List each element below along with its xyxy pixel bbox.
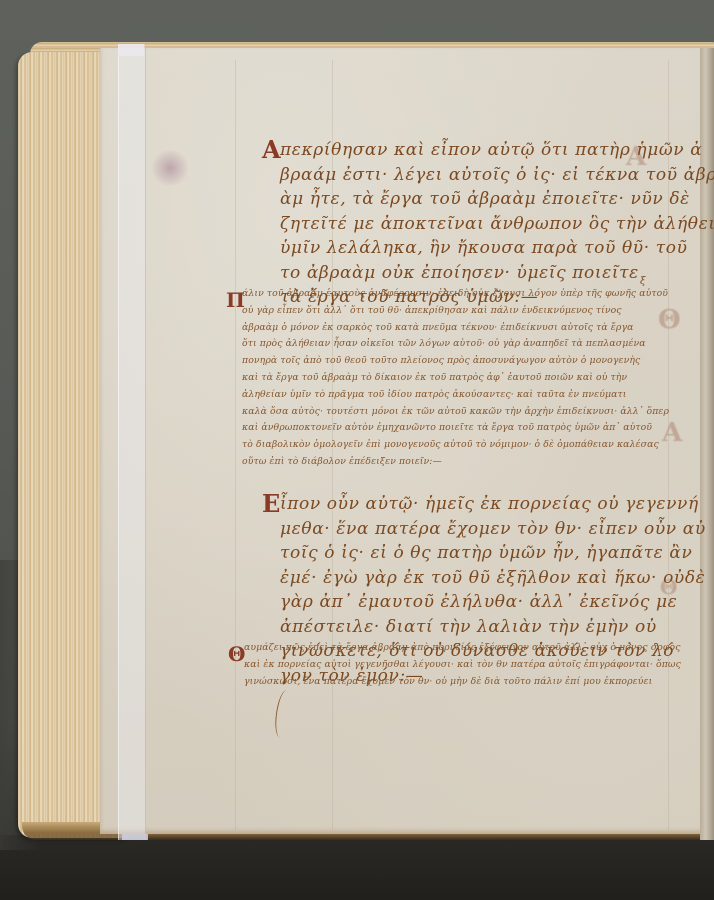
commentary-line: ὅτι πρὸς ἀλήθειαν ἦσαν οἰκεῖοι τῶν λόγων… [242, 336, 682, 353]
commentary-line: οὐ γὰρ εἶπεν ὅτι ἀλλ᾽ ὅτι τοῦ θῦ· ἀπεκρί… [242, 303, 682, 320]
guard-strip-top-cap [118, 44, 144, 56]
ruling-line-left [235, 60, 236, 830]
text-line: ἀπέστειλε· διατί τὴν λαλιὰν τὴν ἐμὴν οὐ [280, 615, 706, 640]
commentary-line: γινώσκωσι, ἕνα πατέρα ἔχομεν τὸν θν· οὐ … [244, 674, 684, 691]
commentary-line: πονηρὰ τοῖς ἀπὸ τοῦ θεοῦ τοῦτο πλείονος … [242, 353, 682, 370]
text-line: το ἀβραὰμ οὐκ ἐποίησεν· ὑμεῖς ποιεῖτε [280, 261, 714, 286]
text-line: βραάμ ἐστι· λέγει αὐτοῖς ὁ ἰς· εἰ τέκνα … [280, 163, 714, 188]
text-line: ζητεῖτέ με ἀποκτεῖναι ἄνθρωπον ὃς τὴν ἀλ… [280, 212, 714, 237]
guard-strip [118, 44, 146, 840]
initial-alpha: Α [262, 138, 281, 162]
commentary-line: οὕτω ἐπὶ τὸ διάβολον ἐπέδειξεν ποιεῖν:— [242, 454, 682, 471]
backdrop-bottom [0, 835, 714, 900]
text-block-1: πεκρίθησαν καὶ εἶπον αὐτῷ ὅτι πατὴρ ἡμῶν… [280, 138, 714, 310]
initial-epsilon: Ε [262, 492, 280, 516]
text-line: γὰρ ἀπ᾽ ἐμαυτοῦ ἐλήλυθα· ἀλλ᾽ ἐκεῖνός με [280, 590, 706, 615]
commentary-block-1: άλιν τοῦ ἀβραὰμ ἑαυτοὺς ἀναφέρουσιν· ἐπε… [242, 286, 682, 471]
commentary-line: ἀληθείαν ὑμῖν τὸ πρᾶγμα τοῦ ἰδίου πατρὸς… [242, 387, 682, 404]
text-line: ὑμῖν λελάληκα, ἣν ἤκουσα παρὰ τοῦ θῦ· το… [280, 236, 714, 261]
ink-stain [150, 150, 190, 186]
commentary-line: καὶ ἐκ πορνείας αὐτοὶ γεγενῆσθαι λέγουσι… [244, 657, 684, 674]
text-line: ἐμέ· ἐγὼ γὰρ ἐκ τοῦ θῦ ἐξῆλθον καὶ ἥκω· … [280, 566, 706, 591]
text-line: ὰμ ἦτε, τὰ ἔργα τοῦ ἀβραὰμ ἐποιεῖτε· νῦν… [280, 187, 714, 212]
text-line: πεκρίθησαν καὶ εἶπον αὐτῷ ὅτι πατὴρ ἡμῶν… [280, 138, 714, 163]
text-line: τοῖς ὁ ἰς· εἰ ὁ θς πατὴρ ὑμῶν ἦν, ἠγαπᾶτ… [280, 541, 706, 566]
commentary-block-2: αυμάζει πῶς ἐπεὶ τὰ ἔργα ἀβραὰμ ἀπὸ πορν… [244, 640, 684, 690]
commentary-line: τὸ διαβολικὸν ὁμολογεῖν ἐπὶ μονογενοῦς α… [242, 437, 682, 454]
commentary-line: άλιν τοῦ ἀβραὰμ ἑαυτοὺς ἀναφέρουσιν· ἐπε… [242, 286, 682, 303]
commentary-line: καλὰ ὅσα αὐτὸς· τουτέστι μόνοι ἐκ τῶν αὐ… [242, 404, 682, 421]
commentary-line: αυμάζει πῶς ἐπεὶ τὰ ἔργα ἀβραὰμ ἀπὸ πορν… [244, 640, 684, 657]
text-line: ἶπον οὖν αὐτῷ· ἡμεῖς ἐκ πορνείας οὐ γεγε… [280, 492, 706, 517]
text-line: μεθα· ἕνα πατέρα ἔχομεν τὸν θν· εἶπεν οὖ… [280, 517, 706, 542]
guard-strip-bottom-cap [122, 834, 148, 840]
commentary-line: καὶ τὰ ἔργα τοῦ ἀβραὰμ τὸ δίκαιον ἐκ τοῦ… [242, 370, 682, 387]
commentary-line: ἀβραὰμ ὁ μόνον ἐκ σαρκὸς τοῦ κατὰ πνεῦμα… [242, 320, 682, 337]
initial-theta: Θ [228, 642, 245, 666]
commentary-line: καὶ ἀνθρωποκτονεῖν αὐτὸν ἐμηχανῶντο ποιε… [242, 420, 682, 437]
